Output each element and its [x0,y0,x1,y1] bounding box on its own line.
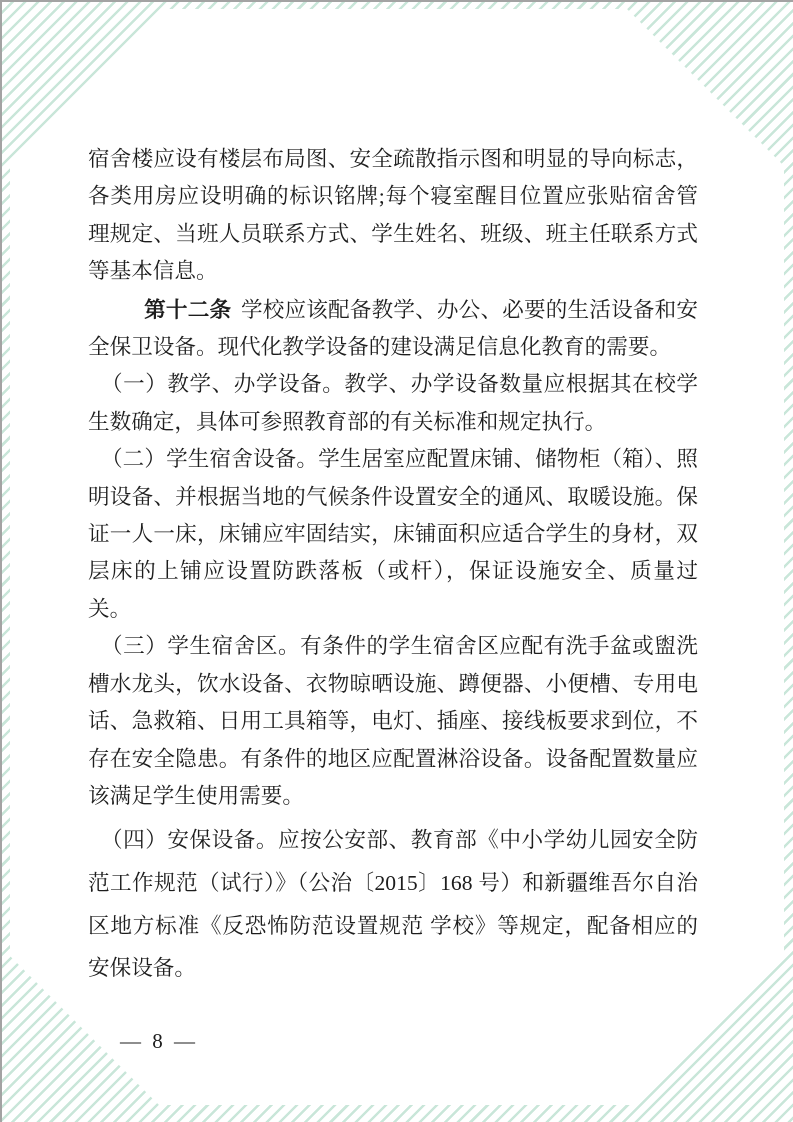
paragraph-article-12: 第十二条学校应该配备教学、办公、必要的生活设备和安全保卫设备。现代化教学设备的建… [88,291,698,367]
article-12-label: 第十二条 [144,297,231,322]
paragraph-item-3-dorm-area: （三）学生宿舍区。有条件的学生宿舍区应配有洗手盆或盥洗槽水龙头，饮水设备、衣物晾… [88,628,698,815]
body-text: 宿舍楼应设有楼层布局图、安全疏散指示图和明显的导向标志，各类用房应设明确的标识铭… [88,141,698,990]
paragraph-item-4-security-equipment: （四）安保设备。应按公安部、教育部《中小学幼儿园安全防范工作规范（试行）》（公治… [88,819,698,989]
page-edge-left-line [0,0,2,1122]
paragraph-item-2-dorm-equipment: （二）学生宿舍设备。学生居室应配置床铺、储物柜（箱）、照明设备、并根据当地的气候… [88,441,698,628]
paragraph-dorm-signage: 宿舍楼应设有楼层布局图、安全疏散指示图和明显的导向标志，各类用房应设明确的标识铭… [88,141,698,291]
paragraph-item-1-teaching-equipment: （一）教学、办学设备。教学、办学设备数量应根据其在校学生数确定，具体可参照教育部… [88,366,698,441]
document-page: 宿舍楼应设有楼层布局图、安全疏散指示图和明显的导向标志，各类用房应设明确的标识铭… [0,0,793,1122]
page-edge-top-line [0,0,793,2]
page-number: — 8 — [120,1031,196,1052]
